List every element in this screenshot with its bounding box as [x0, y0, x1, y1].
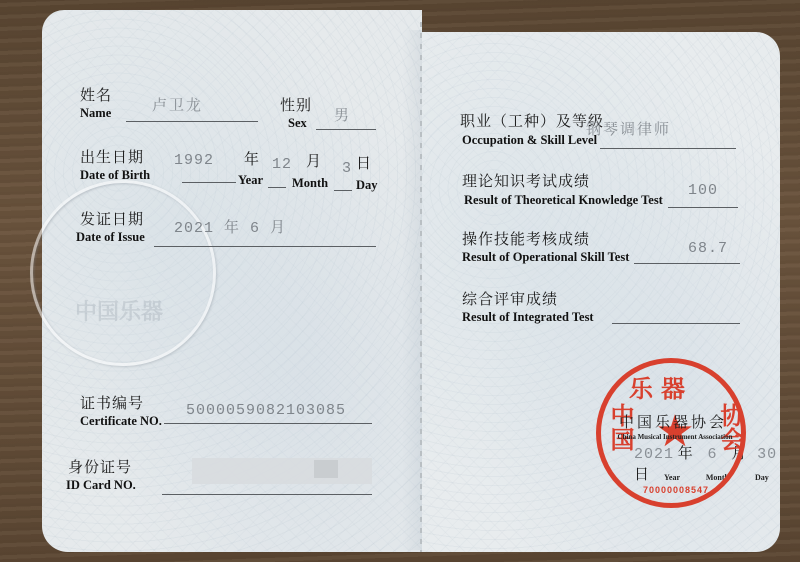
certificate-no-value: 5000059082103085 [186, 402, 346, 419]
birth-month-value: 12 [272, 156, 292, 173]
certificate-no-label-cn: 证书编号 [80, 392, 144, 413]
sex-value: 男 [334, 104, 351, 125]
seal-name-cn: 中国乐器协会 [619, 411, 727, 432]
left-page: 中国乐器 姓名 Name 卢卫龙 性别 Sex 男 出生日期 Date of B… [42, 10, 422, 552]
integrated-label-en: Result of Integrated Test [462, 310, 594, 325]
occupation-underline [600, 148, 736, 149]
association-seal: 乐器 中国 协会 ★ 中国乐器协会 China Musical Instrume… [596, 358, 746, 508]
seal-code: 70000008547 [621, 485, 731, 495]
name-label-cn: 姓名 [80, 84, 112, 105]
id-card-label-en: ID Card NO. [66, 478, 136, 493]
sex-label-cn: 性别 [280, 94, 312, 115]
seal-date-day-en: Day [755, 473, 769, 482]
birth-year-cn: 年 [244, 148, 260, 169]
operational-label-cn: 操作技能考核成绩 [462, 228, 590, 249]
birth-year-en: Year [238, 173, 263, 188]
seal-name-en: China Musical Instrument Association [607, 433, 743, 441]
operational-value: 68.7 [688, 240, 728, 257]
id-card-underline [162, 494, 372, 495]
birth-label-en: Date of Birth [80, 168, 150, 183]
integrated-label-cn: 综合评审成绩 [462, 288, 558, 309]
birth-label-cn: 出生日期 [80, 146, 144, 167]
certificate-booklet: 中国乐器 姓名 Name 卢卫龙 性别 Sex 男 出生日期 Date of B… [42, 10, 780, 552]
center-stitch [420, 22, 422, 552]
occupation-label-en: Occupation & Skill Level [462, 133, 597, 148]
issue-label-en: Date of Issue [76, 230, 145, 245]
id-card-redacted-block [314, 460, 338, 478]
integrated-underline [612, 323, 740, 324]
birth-month-underline [268, 187, 286, 188]
id-card-label-cn: 身份证号 [68, 456, 132, 477]
seal-top-text: 乐器 [629, 369, 693, 404]
certificate-no-label-en: Certificate NO. [80, 414, 162, 429]
birth-day-value: 3 [342, 160, 352, 177]
seal-date-day: 30 [757, 446, 777, 463]
birth-day-cn: 日 [356, 152, 372, 173]
occupation-label-cn: 职业（工种）及等级 [460, 110, 604, 131]
birth-month-en: Month [292, 176, 328, 191]
occupation-value: 钢琴调律师 [586, 118, 671, 139]
embossed-seal-text: 中国乐器 [75, 295, 163, 326]
theory-label-cn: 理论知识考试成绩 [462, 170, 590, 191]
certificate-no-underline [164, 423, 372, 424]
name-label-en: Name [80, 106, 111, 121]
sex-label-en: Sex [288, 116, 307, 131]
theory-value: 100 [688, 182, 718, 199]
issue-value: 2021 年 6 月 [174, 216, 286, 237]
id-card-redacted-value [192, 458, 372, 484]
sex-underline [316, 129, 376, 130]
birth-day-underline [334, 190, 352, 191]
issue-underline [154, 246, 376, 247]
birth-year-value: 1992 [174, 152, 214, 169]
birth-month-cn: 月 [306, 150, 322, 171]
operational-label-en: Result of Operational Skill Test [462, 250, 629, 265]
issue-label-cn: 发证日期 [80, 208, 144, 229]
birth-year-underline [182, 182, 236, 183]
theory-label-en: Result of Theoretical Knowledge Test [464, 193, 663, 208]
birth-day-en: Day [356, 178, 378, 193]
theory-underline [668, 207, 738, 208]
name-value: 卢卫龙 [152, 94, 203, 115]
operational-underline [634, 263, 740, 264]
name-underline [126, 121, 258, 122]
